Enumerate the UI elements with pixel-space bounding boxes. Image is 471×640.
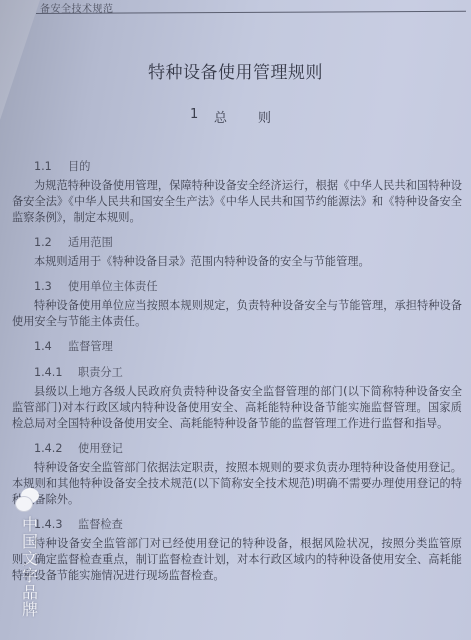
chapter-title-char1: 总 (214, 107, 258, 126)
paragraph: 为规范特种设备使用管理，保障特种设备安全经济运行，根据《中华人民共和国特种设备安… (12, 178, 462, 226)
section-1-3: 1.3使用单位主体责任 特种设备使用单位应当按照本规则规定，负责特种设备安全与节… (12, 276, 462, 330)
section-heading: 1.2适用范围 (12, 232, 462, 254)
section-1-4: 1.4监督管理 (12, 336, 462, 358)
section-1-4-2: 1.4.2使用登记 特种设备安全监管部门依据法定职责，按照本规则的要求负责办理特… (12, 438, 462, 508)
section-heading: 1.3使用单位主体责任 (12, 276, 462, 298)
paragraph: 特种设备安全监管部门依据法定职责，按照本规则的要求负责办理特种设备使用登记。本规… (12, 460, 462, 508)
section-1-1: 1.1目的 为规范特种设备使用管理，保障特种设备安全经济运行，根据《中华人民共和… (12, 156, 462, 226)
watermark-text: 中国文字品牌 (18, 516, 41, 618)
chapter-title-char2: 则 (258, 107, 271, 126)
section-heading: 1.4.2使用登记 (12, 438, 462, 460)
document-body: 1.1目的 为规范特种设备使用管理，保障特种设备安全经济运行，根据《中华人民共和… (12, 156, 462, 590)
chapter-title: 1 总 则 (190, 107, 271, 126)
document-title: 特种设备使用管理规则 (0, 58, 471, 83)
section-1-2: 1.2适用范围 本规则适用于《特种设备目录》范围内特种设备的安全与节能管理。 (12, 232, 462, 270)
section-heading: 1.4.3监督检查 (12, 514, 462, 536)
section-heading: 1.4监督管理 (12, 336, 462, 358)
paragraph: 特种设备安全监管部门对已经使用登记的特种设备，根据风险状况，按照分类监管原则，确… (12, 536, 462, 584)
paragraph: 本规则适用于《特种设备目录》范围内特种设备的安全与节能管理。 (12, 254, 462, 270)
section-1-4-3: 1.4.3监督检查 特种设备安全监管部门对已经使用登记的特种设备，根据风险状况，… (12, 514, 462, 584)
paragraph: 县级以上地方各级人民政府负责特种设备安全监督管理的部门(以下简称特种设备安全监管… (12, 384, 462, 432)
paragraph: 特种设备使用单位应当按照本规则规定，负责特种设备安全与节能管理，承担特种设备使用… (12, 298, 462, 330)
watermark: 中国文字品牌 (12, 488, 46, 618)
section-heading: 1.4.1职责分工 (12, 362, 462, 384)
wechat-icon (15, 488, 43, 512)
section-1-4-1: 1.4.1职责分工 县级以上地方各级人民政府负责特种设备安全监督管理的部门(以下… (12, 362, 462, 432)
section-heading: 1.1目的 (12, 156, 462, 178)
chapter-number: 1 (190, 107, 214, 126)
